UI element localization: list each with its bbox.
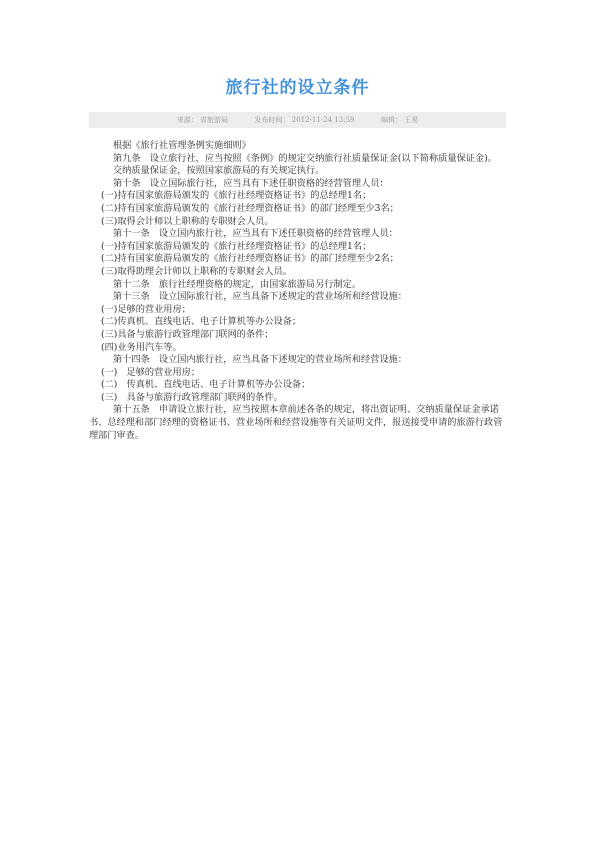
article-11-item-3: (三)取得助理会计师以上职称的专职财会人员。 [89,266,507,279]
article-10-item-1: (一)持有国家旅游局颁发的《旅行社经理资格证书》的总经理1名； [89,190,507,203]
article-14-item-3: (三) 具备与旅游行政管理部门联网的条件。 [89,392,507,405]
article-13: 第十三条 设立国际旅行社，应当具备下述规定的营业场所和经营设施： [89,291,507,304]
article-10-item-2: (二)持有国家旅游局颁发的《旅行社经理资格证书》的部门经理至少3名； [89,203,507,216]
article-13-item-2: (二)传真机、直线电话、电子计算机等办公设备； [89,316,507,329]
editor-value: 王易 [404,112,418,128]
article-10: 第十条 设立国际旅行社，应当具有下述任职资格的经营管理人员： [89,178,507,191]
published-value: 2012-11-24 13:59 [292,112,355,128]
article-14: 第十四条 设立国内旅行社，应当具备下述规定的营业场所和经营设施： [89,354,507,367]
article-9: 第九条 设立旅行社，应当按照《条例》的规定交纳旅行社质量保证金(以下简称质量保证… [89,153,507,166]
article-11: 第十一条 设立国内旅行社，应当具有下述任职资格的经营管理人员： [89,228,507,241]
article-11-item-2: (二)持有国家旅游局颁发的《旅行社经理资格证书》的部门经理至少2名； [89,253,507,266]
article-11-item-1: (一)持有国家旅游局颁发的《旅行社经理资格证书》的总经理1名； [89,241,507,254]
article-body: 根据《旅行社管理条例实施细则》 第九条 设立旅行社，应当按照《条例》的规定交纳旅… [89,140,507,442]
article-12: 第十二条 旅行社经理资格的规定，由国家旅游局另行制定。 [89,279,507,292]
editor-label: 编辑： [381,112,402,128]
article-9-note: 交纳质量保证金，按照国家旅游局的有关规定执行。 [89,165,507,178]
article-10-item-3: (三)取得会计师以上职称的专职财会人员。 [89,216,507,229]
article-13-item-4: (四)业务用汽车等。 [89,342,507,355]
source-value: 省旅游局 [200,112,228,128]
article-14-item-2: (二) 传真机、直线电话、电子计算机等办公设备； [89,379,507,392]
article-13-item-1: (一)足够的营业用房； [89,304,507,317]
intro-reference: 根据《旅行社管理条例实施细则》 [89,140,507,153]
source-label: 来源： [177,112,198,128]
page-title: 旅行社的设立条件 [0,76,595,100]
article-15: 第十五条 申请设立旅行社，应当按照本章前述各条的规定，将出资证明、交纳质量保证金… [89,404,507,442]
article-14-item-1: (一) 足够的营业用房； [89,367,507,380]
article-meta-bar: 来源： 省旅游局 发布时间： 2012-11-24 13:59 编辑： 王易 [89,112,506,128]
published-label: 发布时间： [255,112,290,128]
article-13-item-3: (三)具备与旅游行政管理部门联网的条件； [89,329,507,342]
